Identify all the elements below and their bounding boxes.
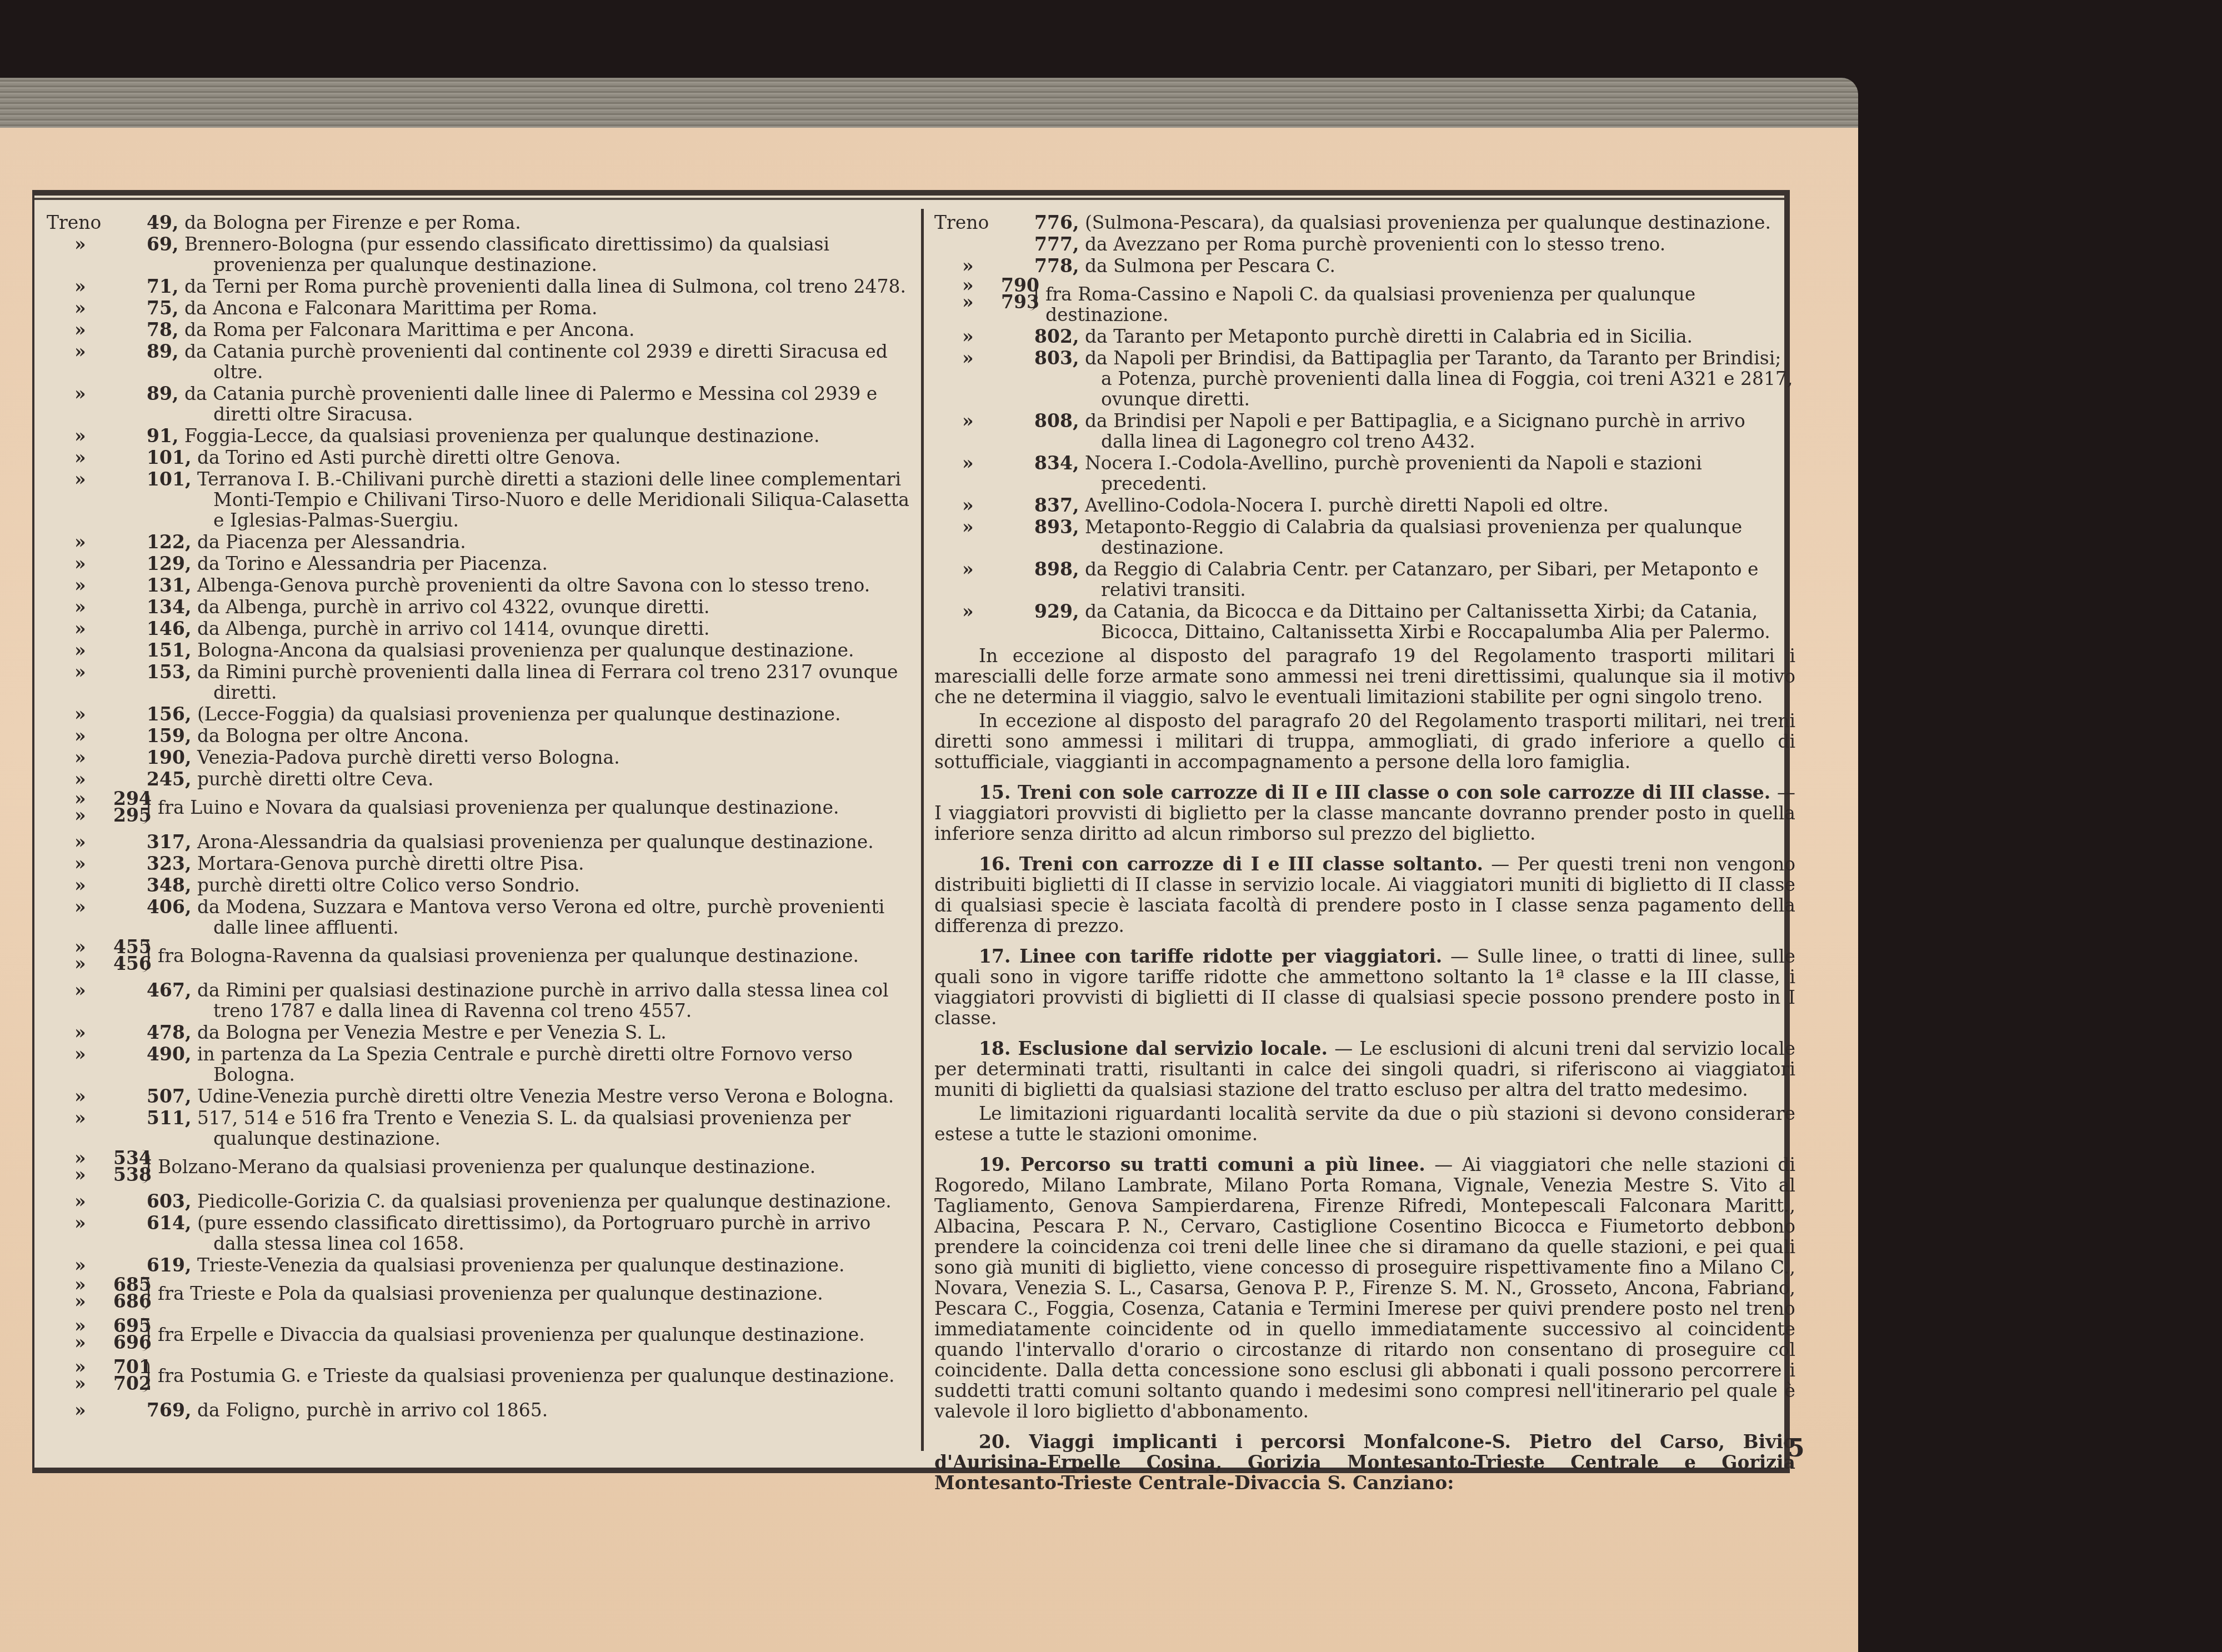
train-numbers: 701702	[113, 1359, 149, 1392]
train-entry: »131, Albenga-Genova purchè provenienti …	[47, 575, 913, 595]
entry-text: Piedicolle-Gorizia C. da qualsiasi prove…	[197, 1190, 892, 1212]
entry-text: (Lecce-Foggia) da qualsiasi provenienza …	[197, 703, 841, 725]
ditto-mark: »»	[74, 939, 86, 972]
ditto-mark: »	[962, 411, 974, 431]
ditto-mark: »	[74, 875, 86, 895]
ditto-mark: »	[74, 1108, 86, 1128]
train-numbers: 685686	[113, 1276, 149, 1310]
train-entry: Treno49, da Bologna per Firenze e per Ro…	[47, 212, 913, 233]
ditto-mark: »	[74, 234, 86, 254]
train-entry: »78, da Roma per Falconara Marittima e p…	[47, 319, 913, 340]
train-entry: »478, da Bologna per Venezia Mestre e pe…	[47, 1022, 913, 1043]
ditto-mark: »	[74, 640, 86, 660]
entry-text: da Piacenza per Alessandria.	[197, 531, 466, 553]
train-number: 153,	[147, 661, 191, 683]
train-entry: »317, Arona-Alessandria da qualsiasi pro…	[47, 832, 913, 852]
train-number: 793	[1001, 291, 1039, 313]
train-number: 71,	[147, 276, 178, 297]
entry-text: da Bologna per oltre Ancona.	[197, 725, 469, 747]
train-number: 245,	[147, 768, 191, 790]
treno-label: Treno	[934, 212, 990, 233]
train-entry: »91, Foggia-Lecce, da qualsiasi provenie…	[47, 425, 913, 446]
entry-text: da Avezzano per Roma purchè provenienti …	[1085, 233, 1665, 255]
train-entry: »159, da Bologna per oltre Ancona.	[47, 725, 913, 746]
train-number: 317,	[147, 831, 191, 853]
ditto-mark: »»	[74, 1318, 86, 1351]
train-number: 511,	[147, 1107, 191, 1129]
train-entry: »898, da Reggio di Calabria Centr. per C…	[934, 559, 1795, 600]
book-page-edges	[0, 78, 1858, 132]
entry-text: da Torino ed Asti purchè diretti oltre G…	[197, 447, 621, 468]
entry-text: da Terni per Roma purchè provenienti dal…	[184, 276, 906, 297]
train-entry: »»695696fra Erpelle e Divaccia da qualsi…	[47, 1318, 913, 1358]
train-number: 803,	[1034, 347, 1079, 369]
train-number: 156,	[147, 703, 191, 725]
entry-text: da Catania purchè provenienti dalle line…	[184, 383, 877, 425]
train-entry: »101, Terranova I. B.-Chilivani purchè d…	[47, 469, 913, 530]
ditto-mark: »	[74, 853, 86, 874]
train-numbers: 455456	[113, 939, 149, 972]
entry-text: fra Postumia G. e Trieste da qualsiasi p…	[158, 1359, 913, 1399]
train-number: 456	[113, 953, 152, 974]
ditto-mark: »	[74, 575, 86, 595]
ditto-mark: »	[74, 1255, 86, 1275]
column-divider	[921, 209, 924, 1451]
rule-section: 19. Percorso su tratti comuni a più line…	[934, 1154, 1795, 1421]
ditto-mark: »»	[74, 790, 86, 824]
entry-text: (pure essendo classificato direttissimo)…	[197, 1212, 871, 1254]
section-heading: 17. Linee con tariffe ridotte per viaggi…	[979, 945, 1442, 967]
train-number: 776,	[1034, 212, 1079, 233]
train-entry: »348, purchè diretti oltre Colico verso …	[47, 875, 913, 895]
train-entry: »89, da Catania purchè provenienti dal c…	[47, 341, 913, 382]
section-heading: 18. Esclusione dal servizio locale.	[979, 1038, 1328, 1059]
train-entry: »»455456fra Bologna-Ravenna da qualsiasi…	[47, 939, 913, 979]
entry-text: fra Trieste e Pola da qualsiasi provenie…	[158, 1276, 913, 1316]
train-number: 159,	[147, 725, 191, 747]
rule-section: 18. Esclusione dal servizio locale. — Le…	[934, 1038, 1795, 1100]
train-number: 898,	[1034, 558, 1079, 580]
section-body: — Ai viaggiatori che nelle stazioni di R…	[934, 1154, 1795, 1422]
section-heading: 20. Viaggi implicanti i percorsi Monfalc…	[934, 1431, 1795, 1494]
train-number: 49,	[147, 212, 178, 233]
train-entry: »75, da Ancona e Falconara Marittima per…	[47, 298, 913, 318]
ditto-mark: »	[962, 601, 974, 622]
entry-text: da Albenga, purchè in arrivo col 4322, o…	[197, 596, 710, 618]
train-entry: »101, da Torino ed Asti purchè diretti o…	[47, 447, 913, 468]
ditto-mark: »	[74, 447, 86, 468]
train-entry: »153, da Rimini purchè provenienti dalla…	[47, 662, 913, 703]
train-entry: »511, 517, 514 e 516 fra Trento e Venezi…	[47, 1108, 913, 1149]
train-number: 406,	[147, 896, 191, 918]
train-number: 101,	[147, 447, 191, 468]
section-extra-paragraph: Le limitazioni riguardanti località serv…	[934, 1103, 1795, 1144]
entry-text: Avellino-Codola-Nocera I. purchè diretti…	[1085, 494, 1609, 516]
train-number: 696	[113, 1331, 152, 1353]
train-entry: 777, da Avezzano per Roma purchè proveni…	[934, 234, 1795, 254]
ditto-mark: »	[74, 897, 86, 917]
train-entry: »893, Metaponto-Reggio di Calabria da qu…	[934, 517, 1795, 558]
train-number: 78,	[147, 319, 178, 341]
ditto-mark: »»	[962, 277, 974, 311]
train-entry: »190, Venezia-Padova purchè diretti vers…	[47, 747, 913, 768]
book-page: Treno49, da Bologna per Firenze e per Ro…	[0, 128, 1858, 1652]
train-number: 808,	[1034, 410, 1079, 432]
train-number: 538	[113, 1164, 152, 1185]
exception-paragraph: In eccezione al disposto del paragrafo 2…	[934, 710, 1795, 772]
ditto-mark: »	[74, 618, 86, 639]
train-number: 603,	[147, 1190, 191, 1212]
train-entry: »507, Udine-Venezia purchè diretti oltre…	[47, 1086, 913, 1107]
ditto-mark: »	[74, 747, 86, 768]
entry-text: Trieste-Venezia da qualsiasi provenienza…	[197, 1254, 845, 1276]
entry-text: Venezia-Padova purchè diretti verso Bolo…	[197, 747, 620, 768]
entry-text: da Catania, da Bicocca e da Dittaino per…	[1085, 600, 1770, 643]
treno-label: Treno	[47, 212, 102, 233]
entry-text: da Napoli per Brindisi, da Battipaglia p…	[1085, 347, 1793, 410]
train-entry: »»685686fra Trieste e Pola da qualsiasi …	[47, 1276, 913, 1316]
entry-text: da Catania purchè provenienti dal contin…	[184, 341, 888, 383]
entry-text: Udine-Venezia purchè diretti oltre Venez…	[197, 1085, 894, 1107]
train-entry: »»534538Bolzano-Merano da qualsiasi prov…	[47, 1150, 913, 1190]
train-entry: »778, da Sulmona per Pescara C.	[934, 256, 1795, 276]
section-heading: 19. Percorso su tratti comuni a più line…	[979, 1154, 1425, 1175]
ditto-mark: »»	[74, 1359, 86, 1392]
ditto-mark: »	[74, 383, 86, 404]
train-entry: »»294295fra Luino e Novara da qualsiasi …	[47, 790, 913, 830]
train-number: 89,	[147, 383, 178, 404]
entry-text: da Sulmona per Pescara C.	[1085, 255, 1335, 277]
section-heading: 15. Treni con sole carrozze di II e III …	[979, 782, 1770, 803]
ditto-mark: »	[74, 662, 86, 682]
ditto-mark: »	[74, 704, 86, 724]
train-number: 686	[113, 1290, 152, 1312]
entry-text: purchè diretti oltre Ceva.	[197, 768, 434, 790]
train-number: 134,	[147, 596, 191, 618]
train-entry: »614, (pure essendo classificato diretti…	[47, 1213, 913, 1254]
train-number: 507,	[147, 1085, 191, 1107]
train-entry: »69, Brennero-Bologna (pur essendo class…	[47, 234, 913, 275]
entry-text: Foggia-Lecce, da qualsiasi provenienza p…	[184, 425, 819, 447]
ditto-mark: »	[74, 980, 86, 1000]
ditto-mark: »	[74, 1022, 86, 1043]
train-numbers: 790793	[1001, 277, 1037, 311]
train-number: 490,	[147, 1043, 191, 1065]
page-number: 5	[1788, 1434, 1805, 1463]
ditto-mark: »	[962, 559, 974, 579]
train-numbers: 534538	[113, 1150, 149, 1183]
train-number: 478,	[147, 1022, 191, 1043]
entry-text: Arona-Alessandria da qualsiasi provenien…	[197, 831, 874, 853]
train-number: 619,	[147, 1254, 191, 1276]
ditto-mark: »	[74, 298, 86, 318]
entry-text: Metaponto-Reggio di Calabria da qualsias…	[1085, 516, 1742, 558]
train-number: 89,	[147, 341, 178, 362]
train-entry: »»701702fra Postumia G. e Trieste da qua…	[47, 1359, 913, 1399]
entry-text: purchè diretti oltre Colico verso Sondri…	[197, 874, 580, 896]
ditto-mark: »	[74, 276, 86, 297]
train-number: 69,	[147, 233, 178, 255]
train-number: 75,	[147, 297, 178, 319]
entry-text: Albenga-Genova purchè provenienti da olt…	[197, 574, 870, 596]
ditto-mark: »»	[74, 1150, 86, 1183]
train-number: 348,	[147, 874, 191, 896]
rule-section: 20. Viaggi implicanti i percorsi Monfalc…	[934, 1431, 1795, 1493]
rule-section: 17. Linee con tariffe ridotte per viaggi…	[934, 946, 1795, 1028]
entry-text: 517, 514 e 516 fra Trento e Venezia S. L…	[197, 1107, 850, 1149]
ditto-mark: »	[74, 1191, 86, 1212]
entry-text: da Roma per Falconara Marittima e per An…	[184, 319, 635, 341]
entry-text: da Bologna per Firenze e per Roma.	[184, 212, 521, 233]
rule-section: 15. Treni con sole carrozze di II e III …	[934, 782, 1795, 844]
entry-text: fra Roma-Cassino e Napoli C. da qualsias…	[1045, 277, 1795, 325]
train-number: 929,	[1034, 600, 1079, 622]
train-number: 122,	[147, 531, 191, 553]
train-entry: »929, da Catania, da Bicocca e da Dittai…	[934, 601, 1795, 642]
entry-text: da Rimini purchè provenienti dalla linea…	[197, 661, 898, 703]
train-number: 101,	[147, 468, 191, 490]
train-entry: »245, purchè diretti oltre Ceva.	[47, 769, 913, 789]
entry-text: da Brindisi per Napoli e per Battipaglia…	[1085, 410, 1745, 452]
train-entry: »89, da Catania purchè provenienti dalle…	[47, 383, 913, 424]
entry-text: Mortara-Genova purchè diretti oltre Pisa…	[197, 853, 584, 874]
ditto-mark: »»	[74, 1276, 86, 1310]
train-number: 778,	[1034, 255, 1079, 277]
entry-text: Nocera I.-Codola-Avellino, purchè proven…	[1085, 452, 1702, 494]
train-entry: »406, da Modena, Suzzara e Mantova verso…	[47, 897, 913, 938]
train-numbers: 695696	[113, 1318, 149, 1351]
ditto-mark: »	[74, 553, 86, 574]
train-number: 146,	[147, 618, 191, 639]
train-numbers: 294295	[113, 790, 149, 824]
ditto-mark: »	[74, 469, 86, 489]
entry-text: da Modena, Suzzara e Mantova verso Veron…	[197, 896, 884, 938]
train-entry: »803, da Napoli per Brindisi, da Battipa…	[934, 348, 1795, 409]
train-number: 129,	[147, 553, 191, 574]
entry-text: fra Luino e Novara da qualsiasi provenie…	[158, 790, 913, 830]
train-entry: »834, Nocera I.-Codola-Avellino, purchè …	[934, 453, 1795, 494]
entry-text: da Albenga, purchè in arrivo col 1414, o…	[197, 618, 710, 639]
entry-text: da Torino e Alessandria per Piacenza.	[197, 553, 548, 574]
left-column: Treno49, da Bologna per Firenze e per Ro…	[47, 212, 913, 1451]
ditto-mark: »	[962, 495, 974, 515]
entry-text: (Sulmona-Pescara), da qualsiasi provenie…	[1085, 212, 1771, 233]
train-number: 702	[113, 1373, 152, 1394]
train-number: 802,	[1034, 326, 1079, 347]
ditto-mark: »	[962, 517, 974, 537]
train-entry: »323, Mortara-Genova purchè diretti oltr…	[47, 853, 913, 874]
train-number: 190,	[147, 747, 191, 768]
ditto-mark: »	[962, 453, 974, 473]
entry-text: fra Bologna-Ravenna da qualsiasi proveni…	[158, 939, 913, 979]
entry-text: Terranova I. B.-Chilivani purchè diretti…	[197, 468, 909, 531]
train-number: 323,	[147, 853, 191, 874]
train-entry: »71, da Terni per Roma purchè provenient…	[47, 276, 913, 297]
entry-text: da Bologna per Venezia Mestre e per Vene…	[197, 1022, 667, 1043]
entry-text: da Foligno, purchè in arrivo col 1865.	[197, 1399, 548, 1421]
ditto-mark: »	[962, 326, 974, 347]
train-entry: »769, da Foligno, purchè in arrivo col 1…	[47, 1400, 913, 1420]
train-number: 295	[113, 804, 152, 826]
train-entry: »802, da Taranto per Metaponto purchè di…	[934, 326, 1795, 347]
right-column: Treno776, (Sulmona-Pescara), da qualsias…	[934, 212, 1795, 1451]
entry-text: Bolzano-Merano da qualsiasi provenienza …	[158, 1150, 913, 1190]
ditto-mark: »	[74, 532, 86, 552]
train-number: 834,	[1034, 452, 1079, 474]
ditto-mark: »	[962, 256, 974, 276]
train-entry: »808, da Brindisi per Napoli e per Batti…	[934, 411, 1795, 452]
train-number: 893,	[1034, 516, 1079, 538]
entry-text: Bologna-Ancona da qualsiasi provenienza …	[197, 639, 854, 661]
entry-text: fra Erpelle e Divaccia da qualsiasi prov…	[158, 1318, 913, 1358]
train-entry: »837, Avellino-Codola-Nocera I. purchè d…	[934, 495, 1795, 515]
train-entry: »467, da Rimini per qualsiasi destinazio…	[47, 980, 913, 1021]
train-entry: »122, da Piacenza per Alessandria.	[47, 532, 913, 552]
ditto-mark: »	[74, 1086, 86, 1107]
train-entry: »146, da Albenga, purchè in arrivo col 1…	[47, 618, 913, 639]
entry-text: da Ancona e Falconara Marittima per Roma…	[184, 297, 598, 319]
text-frame: Treno49, da Bologna per Firenze e per Ro…	[32, 190, 1790, 1473]
entry-text: Brennero-Bologna (pur essendo classifica…	[184, 233, 829, 276]
rule-section: 16. Treni con carrozze di I e III classe…	[934, 854, 1795, 936]
train-entry: »619, Trieste-Venezia da qualsiasi prove…	[47, 1255, 913, 1275]
ditto-mark: »	[74, 1213, 86, 1233]
train-entry: »156, (Lecce-Foggia) da qualsiasi proven…	[47, 704, 913, 724]
exception-paragraph: In eccezione al disposto del paragrafo 1…	[934, 645, 1795, 707]
section-heading: 16. Treni con carrozze di I e III classe…	[979, 853, 1483, 875]
train-number: 769,	[147, 1399, 191, 1421]
entry-text: da Taranto per Metaponto purchè diretti …	[1085, 326, 1693, 347]
ditto-mark: »	[74, 597, 86, 617]
train-entry: »490, in partenza da La Spezia Centrale …	[47, 1044, 913, 1085]
train-number: 151,	[147, 639, 191, 661]
train-number: 777,	[1034, 233, 1079, 255]
train-entry: »134, da Albenga, purchè in arrivo col 4…	[47, 597, 913, 617]
ditto-mark: »	[74, 425, 86, 446]
train-number: 467,	[147, 979, 191, 1001]
ditto-mark: »	[74, 1400, 86, 1420]
train-entry: »603, Piedicolle-Gorizia C. da qualsiasi…	[47, 1191, 913, 1212]
train-number: 614,	[147, 1212, 191, 1234]
train-number: 837,	[1034, 494, 1079, 516]
train-entry: Treno776, (Sulmona-Pescara), da qualsias…	[934, 212, 1795, 233]
train-entry: »129, da Torino e Alessandria per Piacen…	[47, 553, 913, 574]
train-entry: »151, Bologna-Ancona da qualsiasi proven…	[47, 640, 913, 660]
entry-text: da Reggio di Calabria Centr. per Catanza…	[1085, 558, 1759, 600]
train-number: 131,	[147, 574, 191, 596]
ditto-mark: »	[74, 319, 86, 340]
ditto-mark: »	[74, 725, 86, 746]
entry-text: da Rimini per qualsiasi destinazione pur…	[197, 979, 889, 1022]
ditto-mark: »	[74, 341, 86, 362]
entry-text: in partenza da La Spezia Centrale e purc…	[197, 1043, 853, 1085]
ditto-mark: »	[74, 832, 86, 852]
ditto-mark: »	[74, 1044, 86, 1064]
ditto-mark: »	[962, 348, 974, 368]
train-entry: »»790793fra Roma-Cassino e Napoli C. da …	[934, 277, 1795, 325]
ditto-mark: »	[74, 769, 86, 789]
train-number: 91,	[147, 425, 178, 447]
